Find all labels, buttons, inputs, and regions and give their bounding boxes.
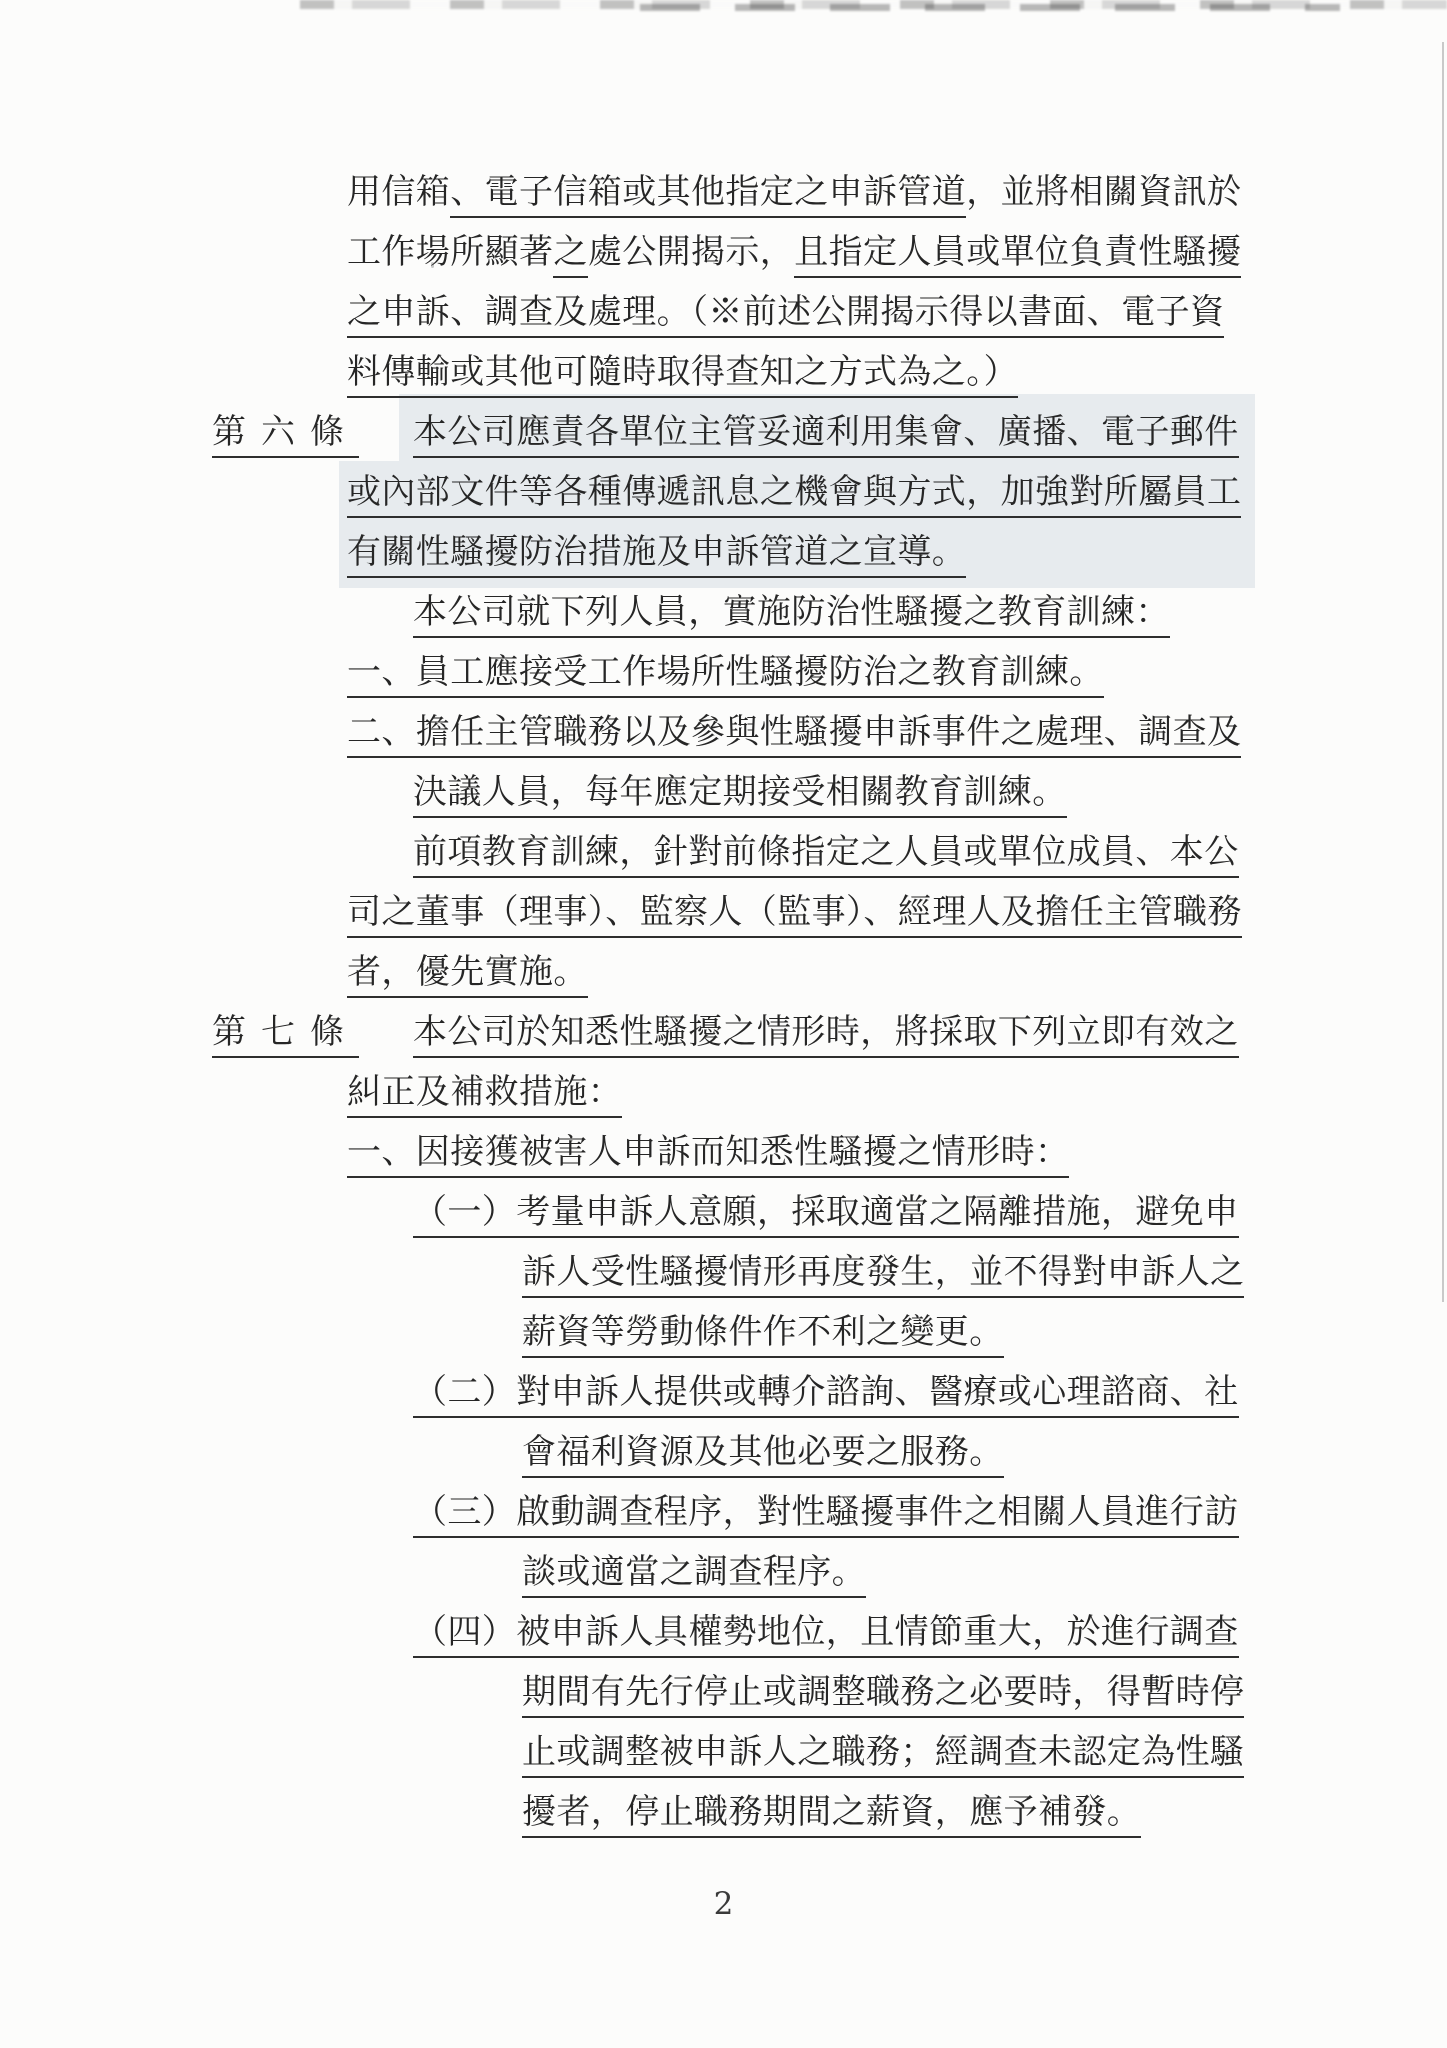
text-line: 之申訴、調查及處理。（※前述公開揭示得以書面、電子資 — [347, 295, 1224, 338]
text-segment: 司之董事（理事）、監察人（監事）、經理人及擔任主管職務 — [347, 895, 1242, 938]
text-segment: 工作場所顯著 — [347, 235, 553, 276]
text-segment: 之 — [553, 235, 587, 278]
text-segment: 料傳輸或其他可隨時取得查知之方式為之。） — [347, 355, 1018, 398]
page-number: 2 — [0, 1886, 1447, 1922]
text-line: 談或適當之調查程序。 — [522, 1555, 866, 1598]
document-body: 用信箱、電子信箱或其他指定之申訴管道，並將相關資訊於工作場所顯著之處公開揭示，且… — [0, 0, 1447, 2048]
text-line: 工作場所顯著之處公開揭示，且指定人員或單位負責性騷擾 — [347, 235, 1241, 278]
text-line: 糾正及補救措施： — [347, 1075, 622, 1118]
text-segment: 本公司於知悉性騷擾之情形時，將採取下列立即有效之 — [413, 1015, 1239, 1058]
text-line: 司之董事（理事）、監察人（監事）、經理人及擔任主管職務 — [347, 895, 1242, 938]
text-line: 期間有先行停止或調整職務之必要時，得暫時停 — [522, 1675, 1244, 1718]
text-segment: （二）對申訴人提供或轉介諮詢、醫療或心理諮商、社 — [413, 1375, 1239, 1418]
text-segment: 止或調整被申訴人之職務；經調查未認定為性騷 — [522, 1735, 1244, 1778]
text-segment: 期間有先行停止或調整職務之必要時，得暫時停 — [522, 1675, 1244, 1718]
text-line: 止或調整被申訴人之職務；經調查未認定為性騷 — [522, 1735, 1244, 1778]
text-segment: ，並將相關資訊於 — [966, 175, 1241, 216]
text-segment: 擾者，停止職務期間之薪資，應予補發。 — [522, 1795, 1141, 1838]
article-number: 第六條 — [212, 415, 359, 458]
text-segment: 薪資等勞動條件作不利之變更。 — [522, 1315, 1004, 1358]
text-segment: （四）被申訴人具權勢地位，且情節重大，於進行調查 — [413, 1615, 1239, 1658]
text-segment: 、電子信箱或其他指定之申訴管道 — [450, 175, 966, 218]
text-segment: 本公司就下列人員，實施防治性騷擾之教育訓練： — [413, 595, 1170, 638]
text-line: 二、擔任主管職務以及參與性騷擾申訴事件之處理、調查及 — [347, 715, 1241, 758]
document-page: 用信箱、電子信箱或其他指定之申訴管道，並將相關資訊於工作場所顯著之處公開揭示，且… — [0, 0, 1447, 2048]
text-segment: 決議人員，每年應定期接受相關教育訓練。 — [413, 775, 1067, 818]
text-line: 決議人員，每年應定期接受相關教育訓練。 — [413, 775, 1067, 818]
text-segment: 一、因接獲被害人申訴而知悉性騷擾之情形時： — [347, 1135, 1069, 1178]
text-line: 用信箱、電子信箱或其他指定之申訴管道，並將相關資訊於 — [347, 175, 1241, 218]
text-segment: （三）啟動調查程序，對性騷擾事件之相關人員進行訪 — [413, 1495, 1239, 1538]
text-line: 薪資等勞動條件作不利之變更。 — [522, 1315, 1004, 1358]
text-segment: 前項教育訓練，針對前條指定之人員或單位成員、本公 — [413, 835, 1239, 878]
text-line: 第六條本公司應責各單位主管妥適利用集會、廣播、電子郵件 — [212, 415, 1239, 458]
text-segment: 談或適當之調查程序。 — [522, 1555, 866, 1598]
text-segment: 訴人受性騷擾情形再度發生，並不得對申訴人之 — [522, 1255, 1244, 1298]
text-line: 一、員工應接受工作場所性騷擾防治之教育訓練。 — [347, 655, 1104, 698]
text-line: 者，優先實施。 — [347, 955, 588, 998]
text-segment: （一）考量申訴人意願，採取適當之隔離措施，避免申 — [413, 1195, 1239, 1238]
text-line: 第七條本公司於知悉性騷擾之情形時，將採取下列立即有效之 — [212, 1015, 1239, 1058]
text-segment: 有關性騷擾防治措施及申訴管道之宣導。 — [347, 535, 966, 578]
text-line: 前項教育訓練，針對前條指定之人員或單位成員、本公 — [413, 835, 1239, 878]
text-line: （一）考量申訴人意願，採取適當之隔離措施，避免申 — [413, 1195, 1239, 1238]
text-line: （四）被申訴人具權勢地位，且情節重大，於進行調查 — [413, 1615, 1239, 1658]
text-line: 或內部文件等各種傳遞訊息之機會與方式，加強對所屬員工 — [347, 475, 1241, 518]
text-line: （二）對申訴人提供或轉介諮詢、醫療或心理諮商、社 — [413, 1375, 1239, 1418]
text-segment: 處公開揭示， — [588, 235, 794, 276]
text-segment: 本公司應責各單位主管妥適利用集會、廣播、電子郵件 — [413, 415, 1239, 458]
text-line: 本公司就下列人員，實施防治性騷擾之教育訓練： — [413, 595, 1170, 638]
text-segment: 一、員工應接受工作場所性騷擾防治之教育訓練。 — [347, 655, 1104, 698]
text-segment: 二、擔任主管職務以及參與性騷擾申訴事件之處理、調查及 — [347, 715, 1241, 758]
text-segment: 或內部文件等各種傳遞訊息之機會與方式，加強對所屬員工 — [347, 475, 1241, 518]
text-line: 料傳輸或其他可隨時取得查知之方式為之。） — [347, 355, 1018, 398]
article-number: 第七條 — [212, 1015, 359, 1058]
text-line: 訴人受性騷擾情形再度發生，並不得對申訴人之 — [522, 1255, 1244, 1298]
text-line: 會福利資源及其他必要之服務。 — [522, 1435, 1004, 1478]
text-segment: 者，優先實施。 — [347, 955, 588, 998]
text-segment: 且指定人員或單位負責性騷擾 — [794, 235, 1241, 278]
text-line: 有關性騷擾防治措施及申訴管道之宣導。 — [347, 535, 966, 578]
text-segment: 用信箱 — [347, 175, 450, 216]
text-line: （三）啟動調查程序，對性騷擾事件之相關人員進行訪 — [413, 1495, 1239, 1538]
text-line: 一、因接獲被害人申訴而知悉性騷擾之情形時： — [347, 1135, 1069, 1178]
text-segment: 糾正及補救措施： — [347, 1075, 622, 1118]
text-segment: 會福利資源及其他必要之服務。 — [522, 1435, 1004, 1478]
text-line: 擾者，停止職務期間之薪資，應予補發。 — [522, 1795, 1141, 1838]
text-segment: 之申訴、調查及處理。（※前述公開揭示得以書面、電子資 — [347, 295, 1224, 338]
